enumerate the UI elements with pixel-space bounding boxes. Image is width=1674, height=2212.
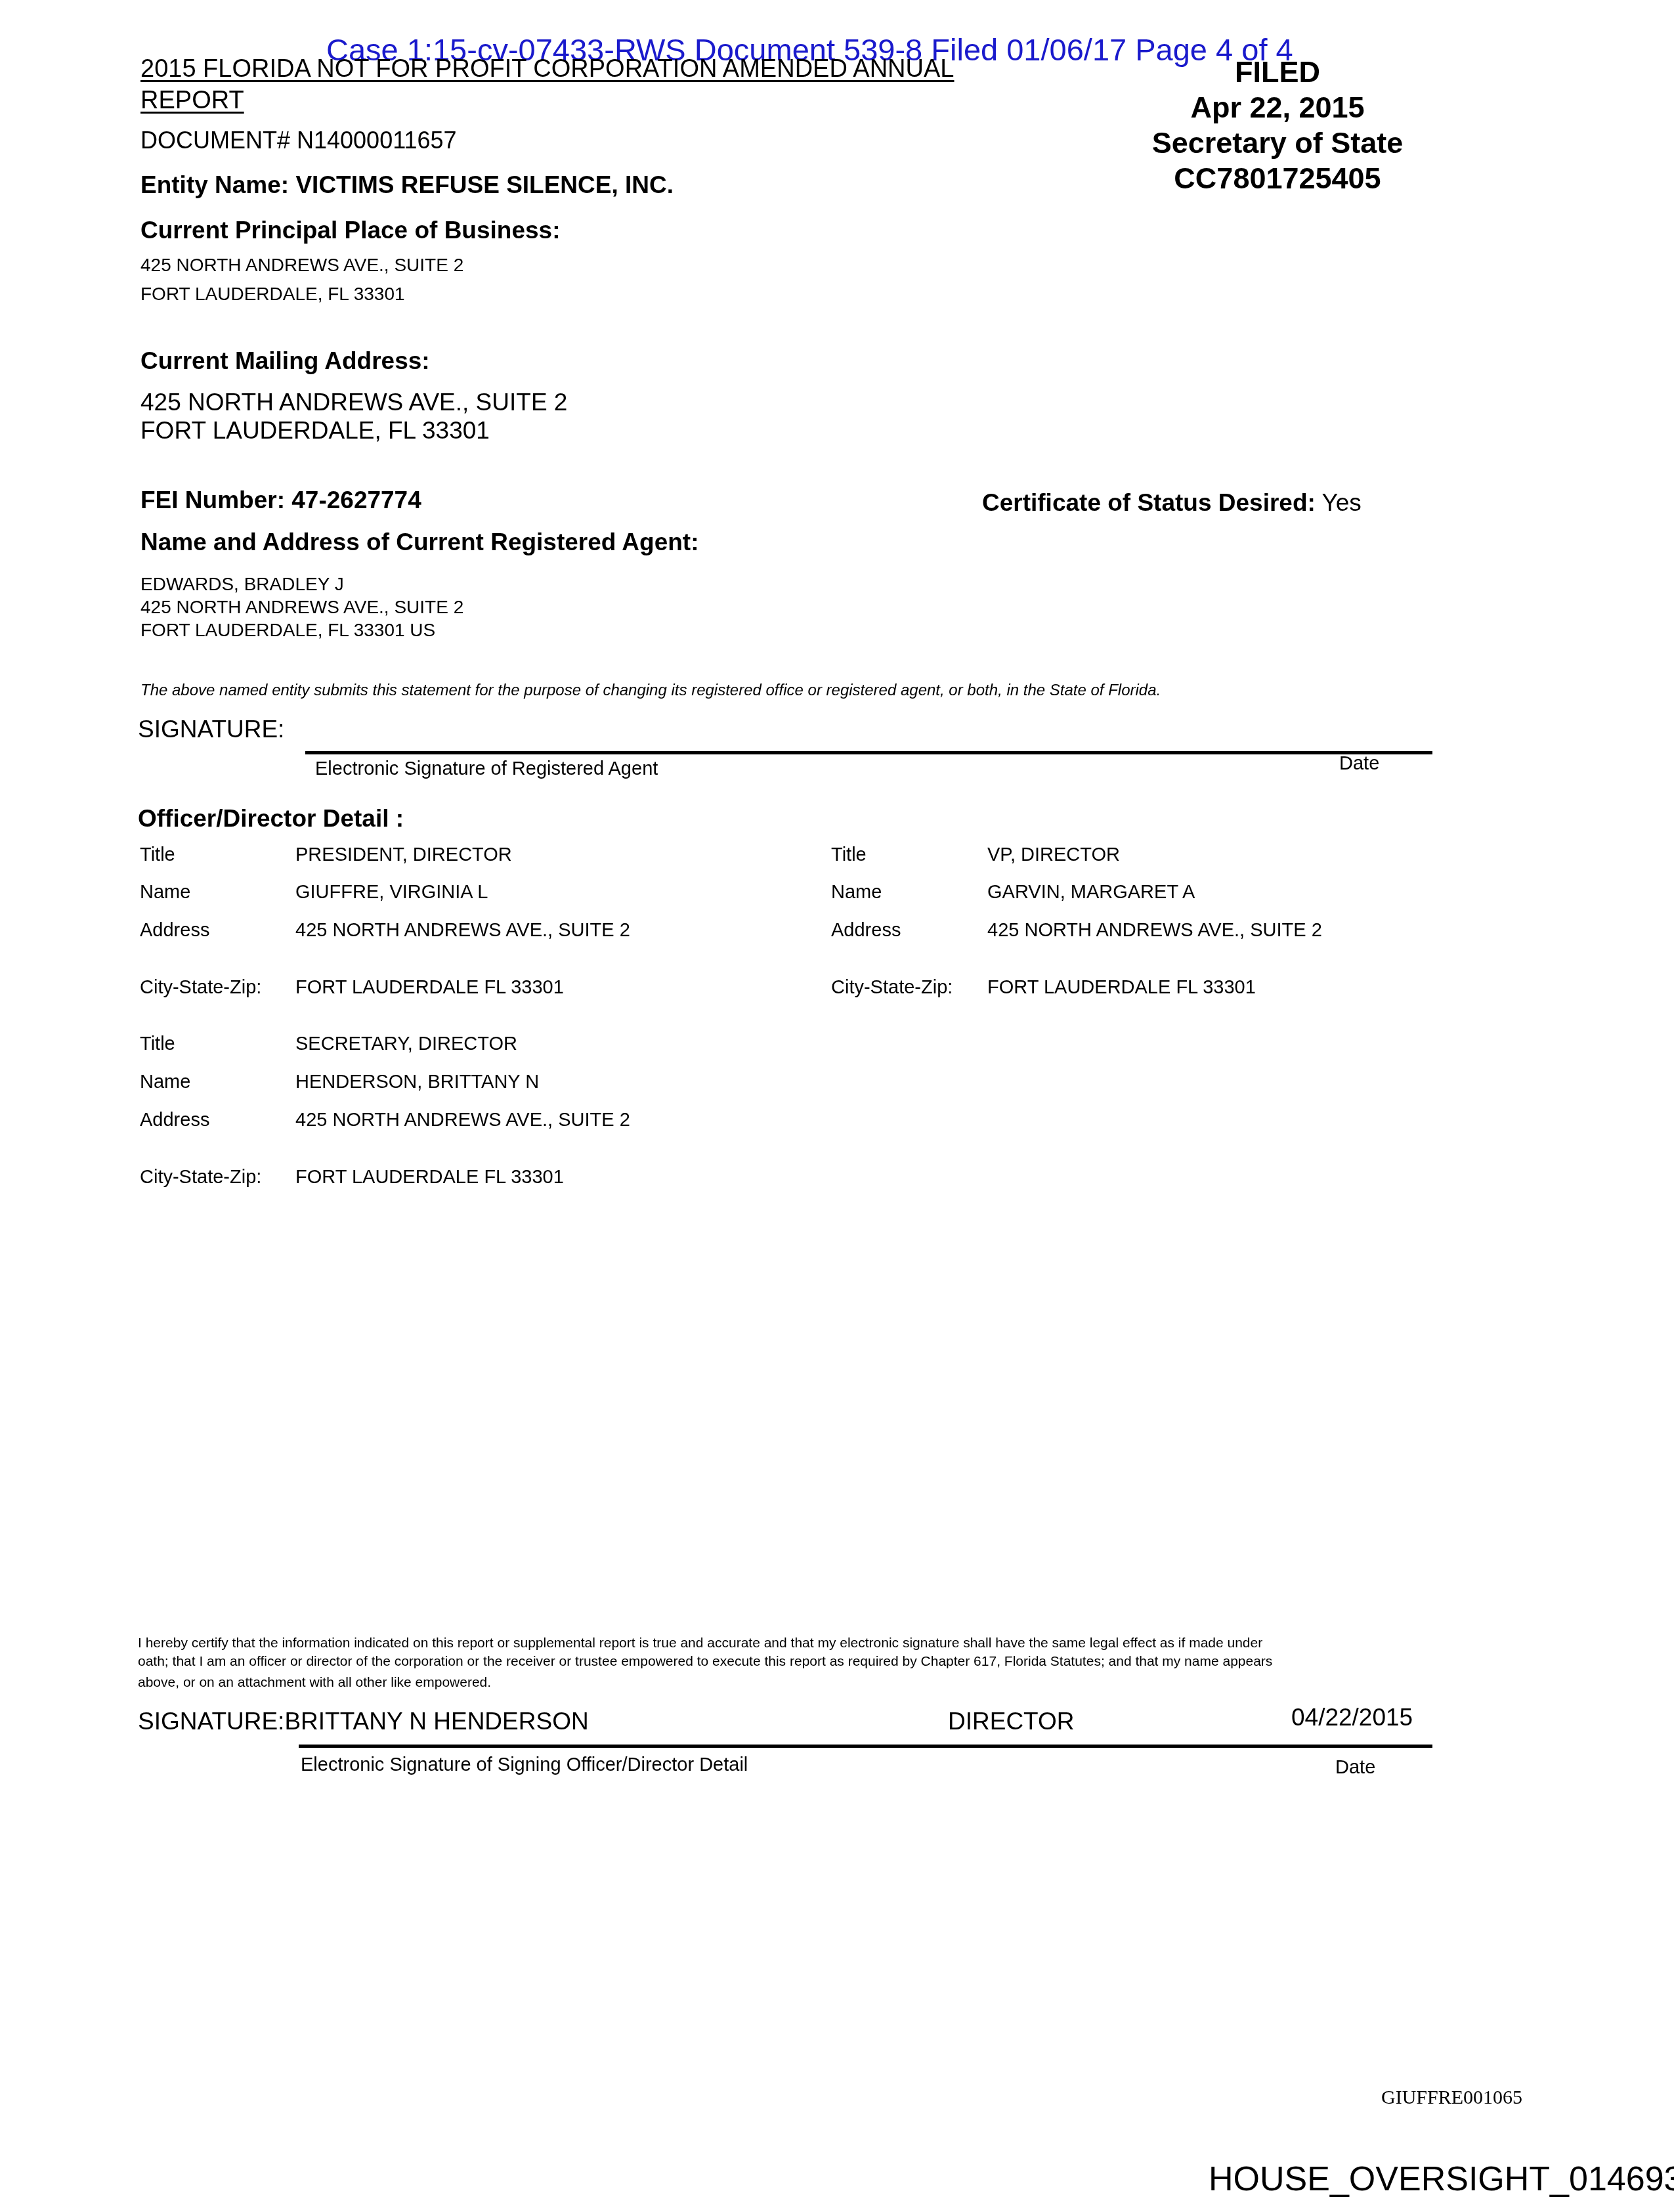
officer-name-label: Name <box>140 883 190 902</box>
registered-agent-line2: FORT LAUDERDALE, FL 33301 US <box>140 618 463 641</box>
officer-address-value: 425 NORTH ANDREWS AVE., SUITE 2 <box>295 921 630 940</box>
officer-title-label: Title <box>140 1035 175 1054</box>
agent-signature-label: SIGNATURE: <box>138 717 284 741</box>
agent-signature-date-caption: Date <box>1339 754 1379 773</box>
report-title-line1: 2015 FLORIDA NOT FOR PROFIT CORPORATION … <box>140 56 954 81</box>
agent-signature-line <box>305 751 1432 754</box>
registered-agent-block: EDWARDS, BRADLEY J 425 NORTH ANDREWS AVE… <box>140 573 463 641</box>
officer-address-label: Address <box>831 921 901 940</box>
entity-name-value: VICTIMS REFUSE SILENCE, INC. <box>295 171 674 198</box>
registered-agent-heading: Name and Address of Current Registered A… <box>140 530 698 554</box>
registered-agent-line1: 425 NORTH ANDREWS AVE., SUITE 2 <box>140 596 463 618</box>
registered-agent-name: EDWARDS, BRADLEY J <box>140 573 463 596</box>
officer-csz-value: FORT LAUDERDALE FL 33301 <box>295 1168 564 1187</box>
bates-production-number: GIUFFRE001065 <box>1381 2088 1522 2108</box>
officer-address-value: 425 NORTH ANDREWS AVE., SUITE 2 <box>987 921 1322 940</box>
officer-signature-signer: BRITTANY N HENDERSON <box>284 1708 588 1735</box>
mailing-address-line1: 425 NORTH ANDREWS AVE., SUITE 2 <box>140 388 567 416</box>
officer-address-label: Address <box>140 921 209 940</box>
filed-office: Secretary of State <box>1116 125 1439 161</box>
fei-number-value: 47-2627774 <box>291 487 421 513</box>
principal-address-line1: 425 NORTH ANDREWS AVE., SUITE 2 <box>140 251 463 280</box>
document-number-row: DOCUMENT# N14000011657 <box>140 129 457 152</box>
officer-title-label: Title <box>140 846 175 865</box>
officer-csz-label: City-State-Zip: <box>831 978 953 997</box>
mailing-address-block: 425 NORTH ANDREWS AVE., SUITE 2 FORT LAU… <box>140 388 567 445</box>
officer-signature-caption: Electronic Signature of Signing Officer/… <box>301 1756 748 1775</box>
officer-signature-capacity: DIRECTOR <box>948 1709 1075 1733</box>
officer-name-label: Name <box>140 1073 190 1092</box>
mailing-address-line2: FORT LAUDERDALE, FL 33301 <box>140 416 567 445</box>
officer-csz-value: FORT LAUDERDALE FL 33301 <box>987 978 1256 997</box>
certification-statement: I hereby certify that the information in… <box>138 1634 1425 1692</box>
certificate-status-value: Yes <box>1321 489 1361 516</box>
officer-name-value: GARVIN, MARGARET A <box>987 883 1195 902</box>
officer-csz-value: FORT LAUDERDALE FL 33301 <box>295 978 564 997</box>
report-title-line2: REPORT <box>140 88 244 113</box>
filed-stamp: FILED Apr 22, 2015 Secretary of State CC… <box>1116 54 1439 196</box>
officer-signature-line <box>299 1745 1432 1748</box>
document-number-label: DOCUMENT# <box>140 127 290 154</box>
certification-line3: above, or on an attachment with all othe… <box>138 1674 1425 1692</box>
officer-csz-label: City-State-Zip: <box>140 978 261 997</box>
officer-title-value: PRESIDENT, DIRECTOR <box>295 846 512 865</box>
principal-address-line2: FORT LAUDERDALE, FL 33301 <box>140 280 463 309</box>
officer-signature-date: 04/22/2015 <box>1291 1705 1413 1729</box>
officer-name-value: HENDERSON, BRITTANY N <box>295 1073 539 1092</box>
mailing-address-heading: Current Mailing Address: <box>140 349 430 373</box>
entity-name-row: Entity Name: VICTIMS REFUSE SILENCE, INC… <box>140 173 674 197</box>
officer-name-label: Name <box>831 883 882 902</box>
officer-title-label: Title <box>831 846 867 865</box>
filed-date: Apr 22, 2015 <box>1116 90 1439 125</box>
principal-place-heading: Current Principal Place of Business: <box>140 218 560 242</box>
certificate-status-row: Certificate of Status Desired: Yes <box>982 490 1362 515</box>
agent-statement: The above named entity submits this stat… <box>140 683 1161 699</box>
officer-name-value: GIUFFRE, VIRGINIA L <box>295 883 488 902</box>
certification-line1: I hereby certify that the information in… <box>138 1634 1425 1653</box>
officer-signature-label: SIGNATURE: <box>138 1708 284 1735</box>
principal-place-address: 425 NORTH ANDREWS AVE., SUITE 2 FORT LAU… <box>140 251 463 309</box>
filed-number: CC7801725405 <box>1116 161 1439 196</box>
entity-name-label: Entity Name: <box>140 171 289 198</box>
agent-signature-caption: Electronic Signature of Registered Agent <box>315 760 658 779</box>
officer-title-value: SECRETARY, DIRECTOR <box>295 1035 517 1054</box>
officer-signature-date-caption: Date <box>1335 1758 1375 1777</box>
officer-title-value: VP, DIRECTOR <box>987 846 1120 865</box>
certification-line2: oath; that I am an officer or director o… <box>138 1653 1425 1671</box>
officer-address-label: Address <box>140 1111 209 1130</box>
officer-address-value: 425 NORTH ANDREWS AVE., SUITE 2 <box>295 1111 630 1130</box>
certificate-status-label: Certificate of Status Desired: <box>982 489 1316 516</box>
fei-number-row: FEI Number: 47-2627774 <box>140 488 421 512</box>
fei-number-label: FEI Number: <box>140 487 285 513</box>
officer-csz-label: City-State-Zip: <box>140 1168 261 1187</box>
officer-signature-row: SIGNATURE:BRITTANY N HENDERSON <box>138 1709 589 1733</box>
document-number-value: N14000011657 <box>297 127 457 154</box>
officer-detail-heading: Officer/Director Detail : <box>138 806 404 831</box>
bates-oversight-number: HOUSE_OVERSIGHT_014693 <box>1209 2162 1674 2196</box>
filed-status: FILED <box>1116 54 1439 90</box>
